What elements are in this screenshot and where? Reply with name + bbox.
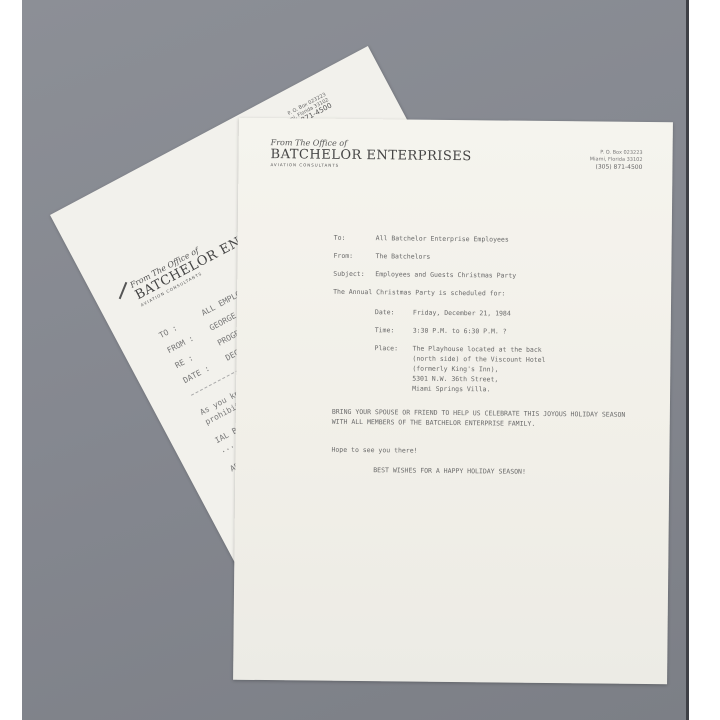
time-label: Time: <box>375 325 413 335</box>
to-label: To: <box>334 233 376 243</box>
memo-subject-row: Subject: Employees and Guests Christmas … <box>333 269 633 282</box>
date-row: Date: Friday, December 21, 1984 <box>375 307 633 320</box>
time-row: Time: 3:30 P.M. to 6:30 P.M. ? <box>375 325 633 338</box>
front-phone: (305) 871-4500 <box>590 163 643 171</box>
holiday-wishes: BEST WISHES FOR A HAPPY HOLIDAY SEASON! <box>373 465 631 478</box>
closing-line: Hope to see you there! <box>331 445 631 458</box>
to-value: All Batchelor Enterprise Employees <box>376 233 509 244</box>
place-value: The Playhouse located at the back (north… <box>412 344 546 395</box>
place-row: Place: The Playhouse located at the back… <box>374 343 633 396</box>
pen-mark <box>119 282 128 299</box>
from-value: The Batchelors <box>375 251 430 262</box>
intro-line: The Annual Christmas Party is scheduled … <box>333 287 633 300</box>
memo-to-row: To: All Batchelor Enterprise Employees <box>334 233 634 246</box>
subject-label: Subject: <box>333 269 375 279</box>
place-label: Place: <box>374 343 413 393</box>
invitation-paragraph: BRING YOUR SPOUSE OR FRIEND TO HELP US C… <box>332 407 632 430</box>
front-address-block: P. O. Box 023223 Miami, Florida 33102 (3… <box>590 149 643 171</box>
memo-body: To: All Batchelor Enterprise Employees F… <box>331 233 634 478</box>
front-letterhead: From The Office of BATCHELOR ENTERPRISES… <box>270 138 471 169</box>
date-value: Friday, December 21, 1984 <box>413 308 511 319</box>
christmas-party-memo: From The Office of BATCHELOR ENTERPRISES… <box>233 118 673 685</box>
date-label: Date: <box>375 307 413 317</box>
memo-from-row: From: The Batchelors <box>333 251 633 264</box>
time-value: 3:30 P.M. to 6:30 P.M. ? <box>413 326 507 337</box>
subject-value: Employees and Guests Christmas Party <box>375 269 516 280</box>
from-label: From: <box>333 251 375 261</box>
